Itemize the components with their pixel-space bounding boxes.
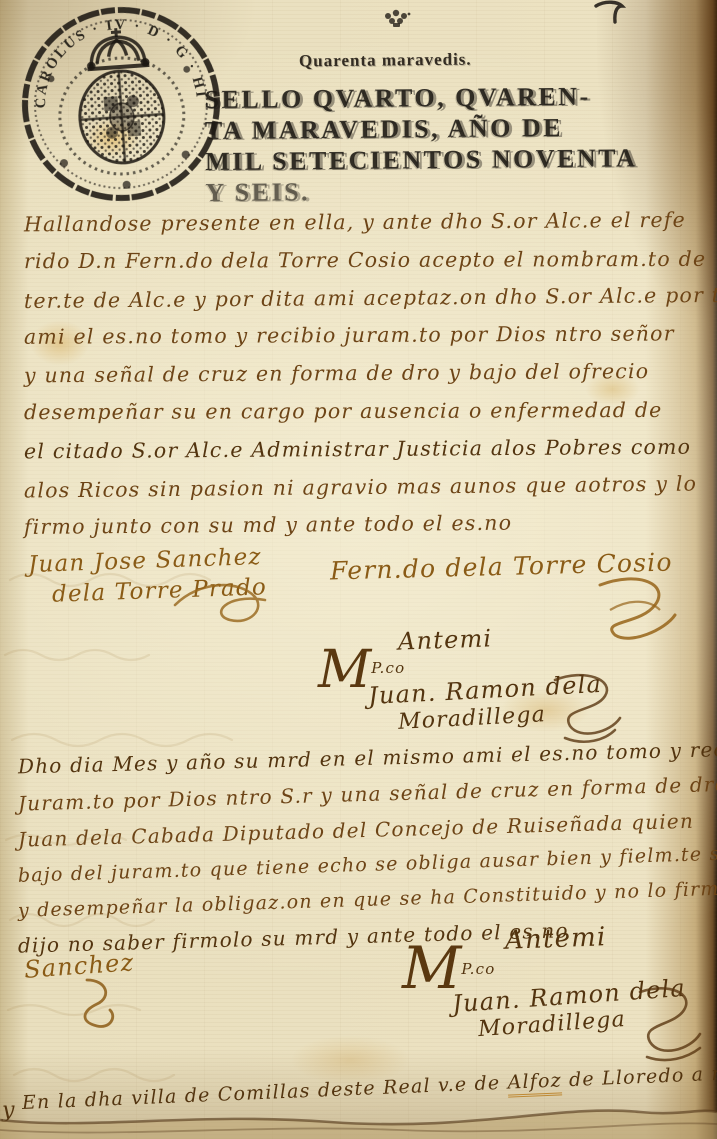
signature-rubric-flourish bbox=[170, 575, 280, 630]
manuscript-line: rido D.n Fern.do dela Torre Cosio acepto… bbox=[24, 247, 700, 287]
antemi-label-1: Antemi bbox=[398, 624, 493, 655]
notary-title-abbrev: P.co bbox=[371, 659, 405, 677]
stamp-text-block: SELLO QVARTO, QVAREN- TA MARAVEDIS, AÑO … bbox=[204, 80, 675, 208]
signature-rubric-flourish bbox=[580, 570, 680, 645]
body-paragraph-1: Hallandose presente en ella, y ante dho … bbox=[24, 210, 700, 550]
pen-mark-top-right bbox=[592, 0, 632, 30]
stamp-line: MIL SETECIENTOS NOVENTA bbox=[205, 142, 675, 177]
royal-seal: CAROLUS · IV · D · G · HISPANIAR · REX bbox=[13, 0, 228, 211]
notary-initial: M bbox=[318, 640, 371, 700]
stamp-line: SELLO QVARTO, QVAREN- bbox=[204, 80, 674, 115]
notary-title-abbrev: P.co bbox=[461, 960, 495, 978]
notary-rubric-flourish bbox=[540, 668, 630, 748]
manuscript-line: ami el es.no tomo y recibio juram.to por… bbox=[24, 322, 700, 363]
manuscript-line: desempeñar su en cargo por ausencia o en… bbox=[24, 398, 700, 438]
stamp-line: Y SEIS. bbox=[205, 173, 675, 208]
bottom-page-crease bbox=[0, 1094, 717, 1139]
stamp-header: Quarenta maravedis. bbox=[299, 49, 559, 72]
printer-ornament bbox=[378, 8, 414, 34]
seal-shield bbox=[77, 68, 167, 166]
stamp-line: TA MARAVEDIS, AÑO DE bbox=[205, 111, 675, 146]
signature-rubric-flourish bbox=[52, 972, 122, 1032]
manuscript-line: y una señal de cruz en forma de dro y ba… bbox=[24, 359, 700, 402]
manuscript-line: ter.te de Alc.e y por dita ami aceptaz.o… bbox=[24, 283, 700, 327]
notary-rubric-flourish bbox=[622, 982, 712, 1067]
manuscript-line: firmo junto con su md y ante todo el es.… bbox=[24, 509, 700, 553]
manuscript-page: CAROLUS · IV · D · G · HISPANIAR · REX bbox=[0, 0, 717, 1139]
manuscript-line: Hallandose presente en ella, y ante dho … bbox=[24, 208, 700, 251]
antemi-label-2: Antemi bbox=[505, 922, 608, 956]
notary-signature-2: MP.co bbox=[402, 948, 495, 992]
manuscript-line: el citado S.or Alc.e Administrar Justici… bbox=[24, 434, 700, 477]
